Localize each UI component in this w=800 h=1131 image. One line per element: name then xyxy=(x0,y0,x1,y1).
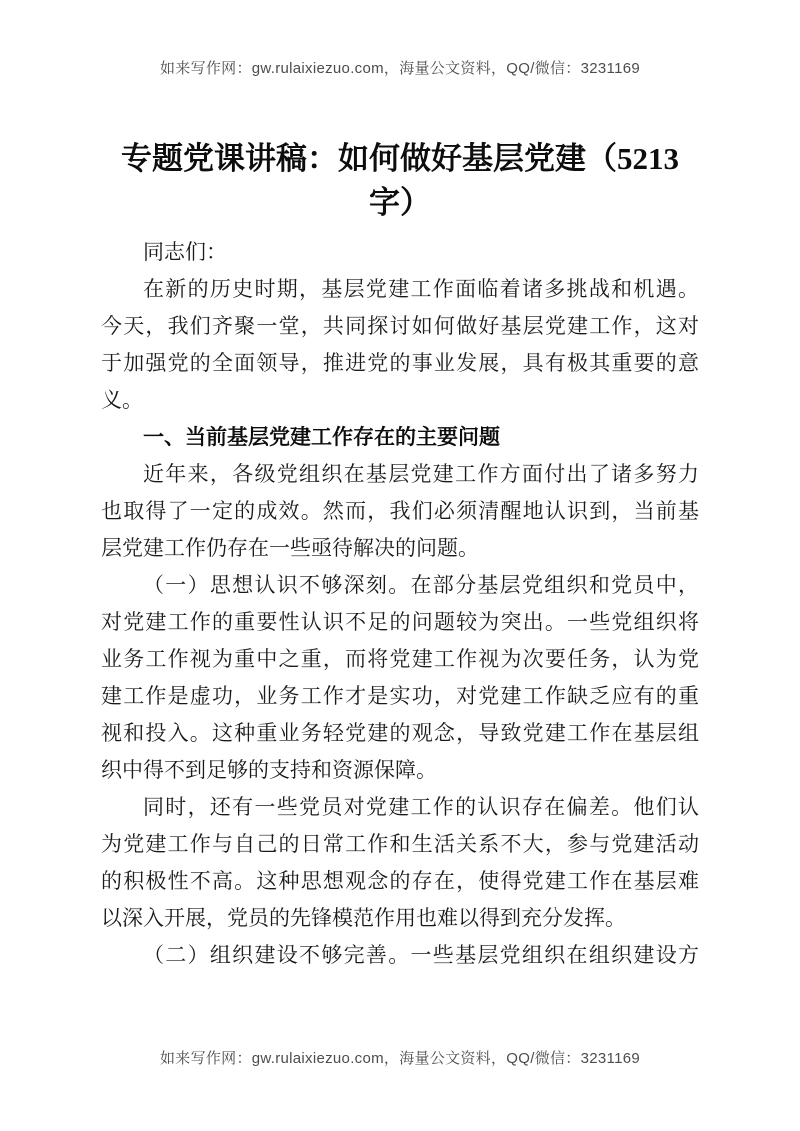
body-text-line: 近年来，各级党组织在基层党建工作方面付出了诸多努力 xyxy=(101,456,699,493)
body-text-line: 也取得了一定的成效。然而，我们必须清醒地认识到，当前基 xyxy=(101,493,699,530)
body-text-line: 以深入开展，党员的先锋模范作用也难以得到充分发挥。 xyxy=(101,900,699,937)
body-text-line: 业务工作视为重中之重，而将党建工作视为次要任务，认为党 xyxy=(101,641,699,678)
document-page: { "header": { "text": "如来写作网：gw.rulaixie… xyxy=(0,0,800,1131)
body-text-line: 的积极性不高。这种思想观念的存在，使得党建工作在基层难 xyxy=(101,863,699,900)
page-title-line-1: 专题党课讲稿：如何做好基层党建（5213 xyxy=(101,137,699,181)
page-header-text: 如来写作网：gw.rulaixiezuo.com，海量公文资料，QQ/微信：32… xyxy=(0,57,800,78)
body-text-line: 于加强党的全面领导，推进党的事业发展，具有极其重要的意 xyxy=(101,345,699,382)
body-text-line: （二）组织建设不够完善。一些基层党组织在组织建设方 xyxy=(101,937,699,974)
body-text-line: 同志们： xyxy=(101,234,699,271)
body-text-line: 义。 xyxy=(101,382,699,419)
document-body: 同志们：在新的历史时期，基层党建工作面临着诸多挑战和机遇。今天，我们齐聚一堂，共… xyxy=(101,234,699,974)
body-text-line: 层党建工作仍存在一些亟待解决的问题。 xyxy=(101,530,699,567)
body-text-line: 织中得不到足够的支持和资源保障。 xyxy=(101,752,699,789)
page-footer-text: 如来写作网：gw.rulaixiezuo.com，海量公文资料，QQ/微信：32… xyxy=(0,1047,800,1068)
page-title-line-2: 字） xyxy=(101,181,699,225)
body-text-line: 建工作是虚功，业务工作才是实功，对党建工作缺乏应有的重 xyxy=(101,678,699,715)
body-text-line: 今天，我们齐聚一堂，共同探讨如何做好基层党建工作，这对 xyxy=(101,308,699,345)
body-text-line: 为党建工作与自己的日常工作和生活关系不大，参与党建活动 xyxy=(101,826,699,863)
body-text-line: 同时，还有一些党员对党建工作的认识存在偏差。他们认 xyxy=(101,789,699,826)
body-text-line: （一）思想认识不够深刻。在部分基层党组织和党员中， xyxy=(101,567,699,604)
body-text-line: 在新的历史时期，基层党建工作面临着诸多挑战和机遇。 xyxy=(101,271,699,308)
section-heading-line: 一、当前基层党建工作存在的主要问题 xyxy=(101,419,699,456)
body-text-line: 视和投入。这种重业务轻党建的观念，导致党建工作在基层组 xyxy=(101,715,699,752)
body-text-line: 对党建工作的重要性认识不足的问题较为突出。一些党组织将 xyxy=(101,604,699,641)
page-title: 专题党课讲稿：如何做好基层党建（5213 字） xyxy=(101,137,699,225)
